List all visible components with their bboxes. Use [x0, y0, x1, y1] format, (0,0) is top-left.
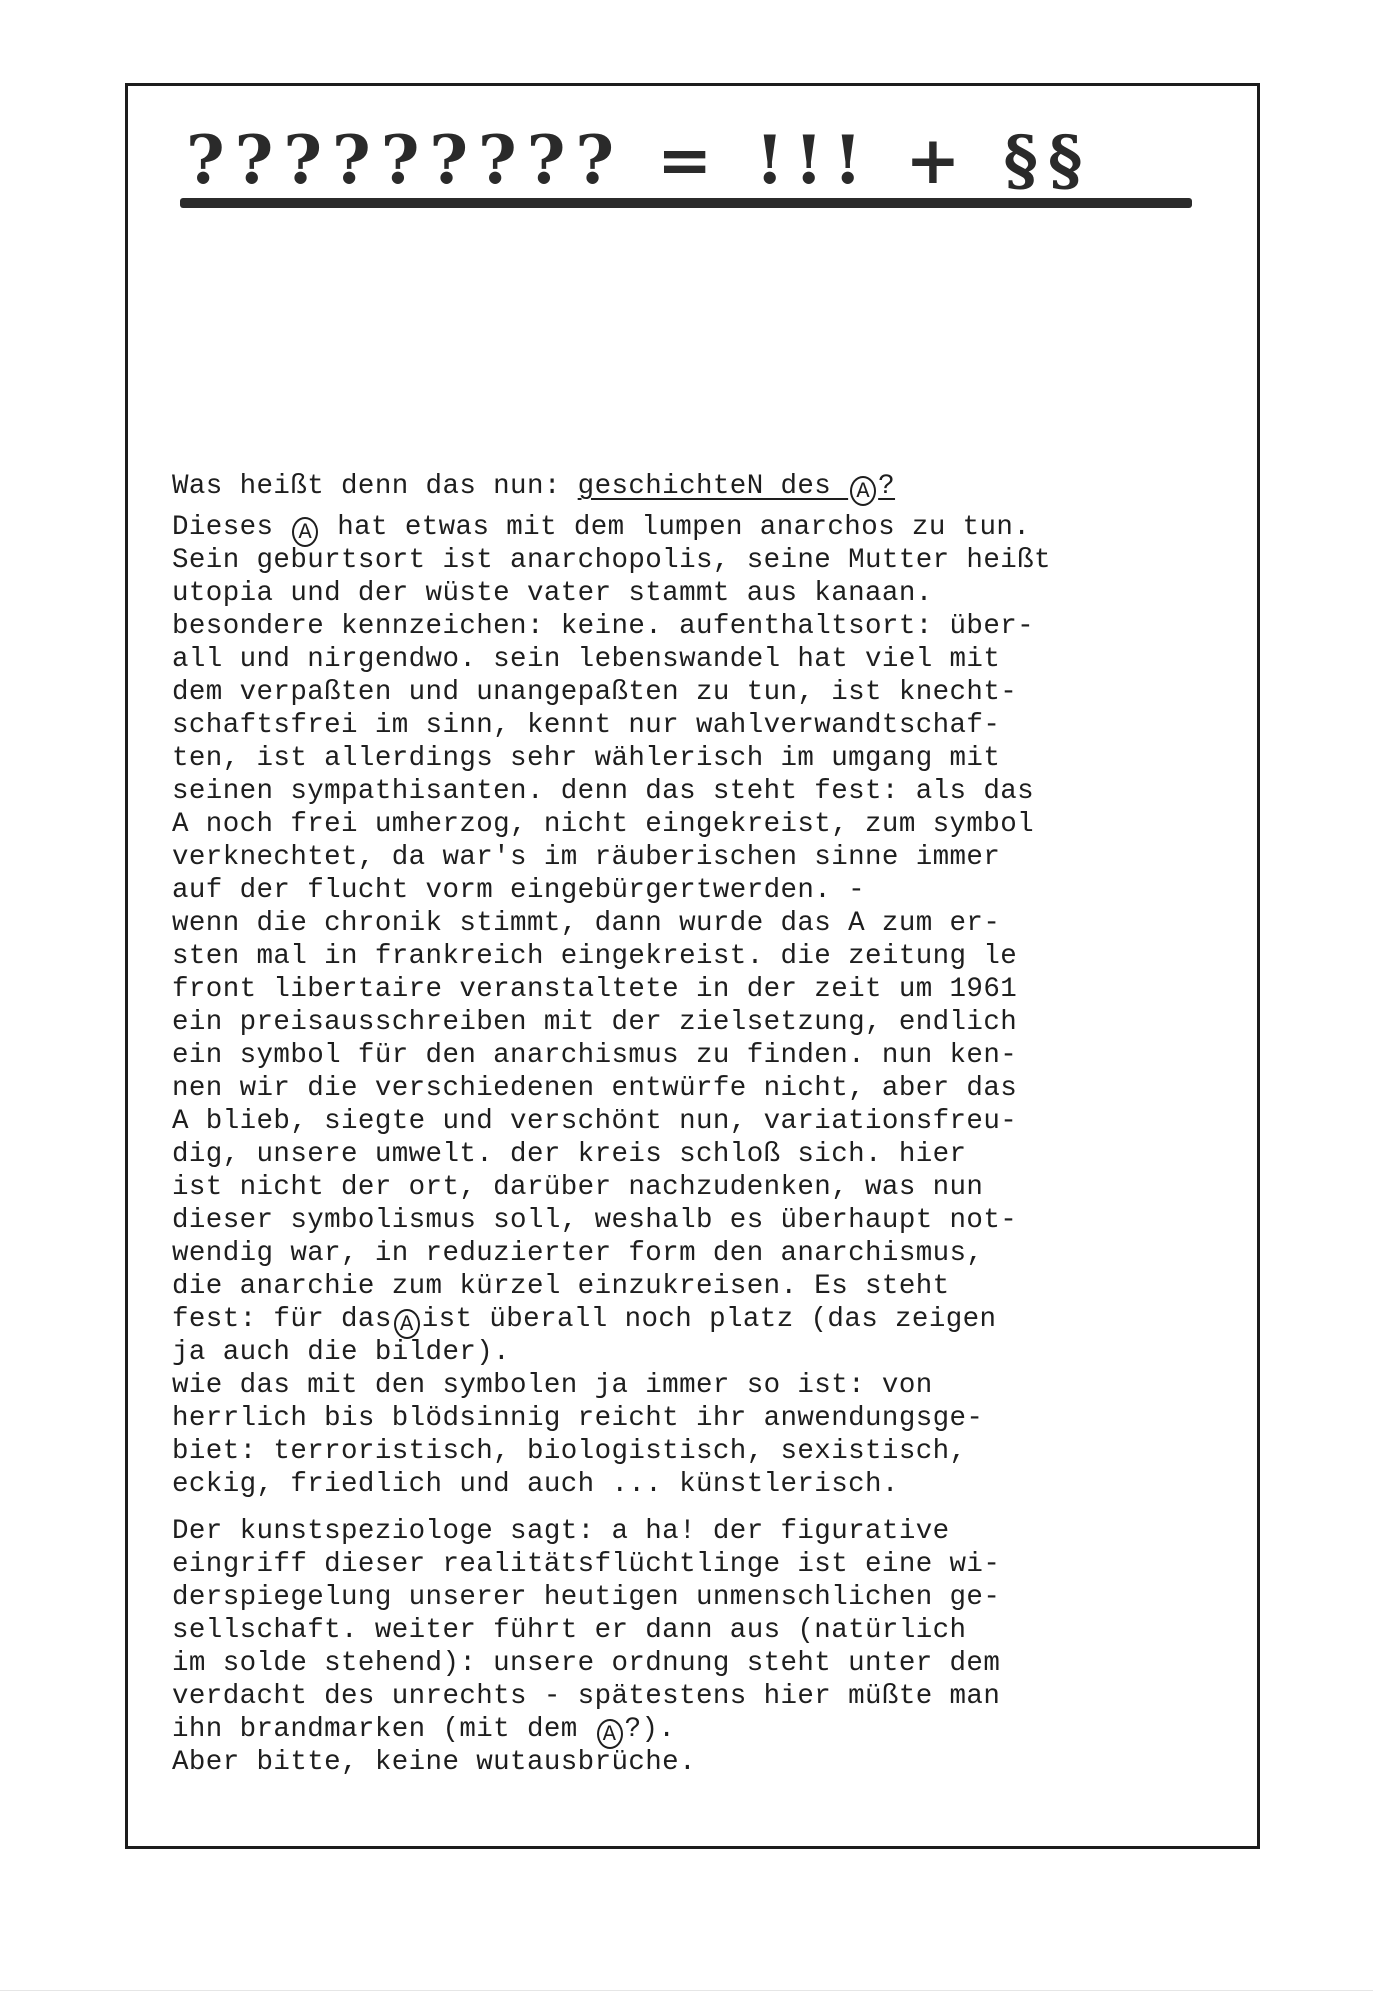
text-line: die anarchie zum kürzel einzukreisen. Es…: [172, 1270, 1232, 1303]
paragraph-1: Dieses A hat etwas mit dem lumpen anarch…: [172, 511, 1232, 1501]
headline: ????????? = !!! + §§: [180, 120, 1192, 210]
text-line: ein preisausschreiben mit der zielsetzun…: [172, 1006, 1232, 1039]
text-line: A noch frei umherzog, nicht eingekreist,…: [172, 808, 1232, 841]
text-line: dieser symbolismus soll, weshalb es über…: [172, 1204, 1232, 1237]
text-line: verdacht des unrechts - spätestens hier …: [172, 1680, 1232, 1713]
text-line: eingriff dieser realitätsflüchtlinge ist…: [172, 1548, 1232, 1581]
headline-text: ????????? = !!! + §§: [186, 120, 1093, 200]
text-line: utopia und der wüste vater stammt aus ka…: [172, 577, 1232, 610]
text-line: A blieb, siegte und verschönt nun, varia…: [172, 1105, 1232, 1138]
text-line: wendig war, in reduzierter form den anar…: [172, 1237, 1232, 1270]
text-line: dem verpaßten und unangepaßten zu tun, i…: [172, 676, 1232, 709]
text-line: Sein geburtsort ist anarchopolis, seine …: [172, 544, 1232, 577]
text-line: ihn brandmarken (mit dem A?).: [172, 1713, 1232, 1746]
heading-underlined: geschichteN des A?: [578, 471, 895, 502]
circled-a-icon: A: [850, 476, 876, 506]
text-line: ten, ist allerdings sehr wählerisch im u…: [172, 742, 1232, 775]
text-line: wenn die chronik stimmt, dann wurde das …: [172, 907, 1232, 940]
text-line: ist nicht der ort, darüber nachzudenken,…: [172, 1171, 1232, 1204]
circled-a-icon: A: [597, 1719, 623, 1749]
text-line: fest: für dasAist überall noch platz (da…: [172, 1303, 1232, 1336]
text-line: ein symbol für den anarchismus zu finden…: [172, 1039, 1232, 1072]
text-line: sellschaft. weiter führt er dann aus (na…: [172, 1614, 1232, 1647]
text-line: auf der flucht vorm eingebürgertwerden. …: [172, 874, 1232, 907]
text-line: schaftsfrei im sinn, kennt nur wahlverwa…: [172, 709, 1232, 742]
text-line: eckig, friedlich und auch ... künstleris…: [172, 1468, 1232, 1501]
text-line: wie das mit den symbolen ja immer so ist…: [172, 1369, 1232, 1402]
text-line: biet: terroristisch, biologistisch, sexi…: [172, 1435, 1232, 1468]
text-line: besondere kennzeichen: keine. aufenthalt…: [172, 610, 1232, 643]
circled-a-icon: A: [394, 1309, 420, 1339]
closing-line: Aber bitte, keine wutausbrüche.: [172, 1746, 1232, 1779]
text-line: seinen sympathisanten. denn das steht fe…: [172, 775, 1232, 808]
text-line: verknechtet, da war's im räuberischen si…: [172, 841, 1232, 874]
paragraph-1-lines-after: ja auch die bilder).wie das mit den symb…: [172, 1336, 1232, 1501]
article-body: Was heißt denn das nun: geschichteN des …: [172, 470, 1232, 1779]
page-edge: [0, 1990, 1373, 1991]
text-line: herrlich bis blödsinnig reicht ihr anwen…: [172, 1402, 1232, 1435]
text-line: front libertaire veranstaltete in der ze…: [172, 973, 1232, 1006]
paragraph-2: Der kunstspeziologe sagt: a ha! der figu…: [172, 1515, 1232, 1779]
paragraph-1-lines: Sein geburtsort ist anarchopolis, seine …: [172, 544, 1232, 1303]
text-line: Dieses A hat etwas mit dem lumpen anarch…: [172, 511, 1232, 544]
paragraph-2-lines: Der kunstspeziologe sagt: a ha! der figu…: [172, 1515, 1232, 1713]
heading-prefix: Was heißt denn das nun:: [172, 471, 578, 502]
text-line: all und nirgendwo. sein lebenswandel hat…: [172, 643, 1232, 676]
headline-underline: [180, 198, 1192, 208]
text-line: derspiegelung unserer heutigen unmenschl…: [172, 1581, 1232, 1614]
text-line: dig, unsere umwelt. der kreis schloß sic…: [172, 1138, 1232, 1171]
text-line: nen wir die verschiedenen entwürfe nicht…: [172, 1072, 1232, 1105]
text-line: im solde stehend): unsere ordnung steht …: [172, 1647, 1232, 1680]
article-heading: Was heißt denn das nun: geschichteN des …: [172, 470, 1232, 503]
circled-a-icon: A: [292, 517, 318, 547]
text-line: sten mal in frankreich eingekreist. die …: [172, 940, 1232, 973]
text-line: Der kunstspeziologe sagt: a ha! der figu…: [172, 1515, 1232, 1548]
text-line: ja auch die bilder).: [172, 1336, 1232, 1369]
